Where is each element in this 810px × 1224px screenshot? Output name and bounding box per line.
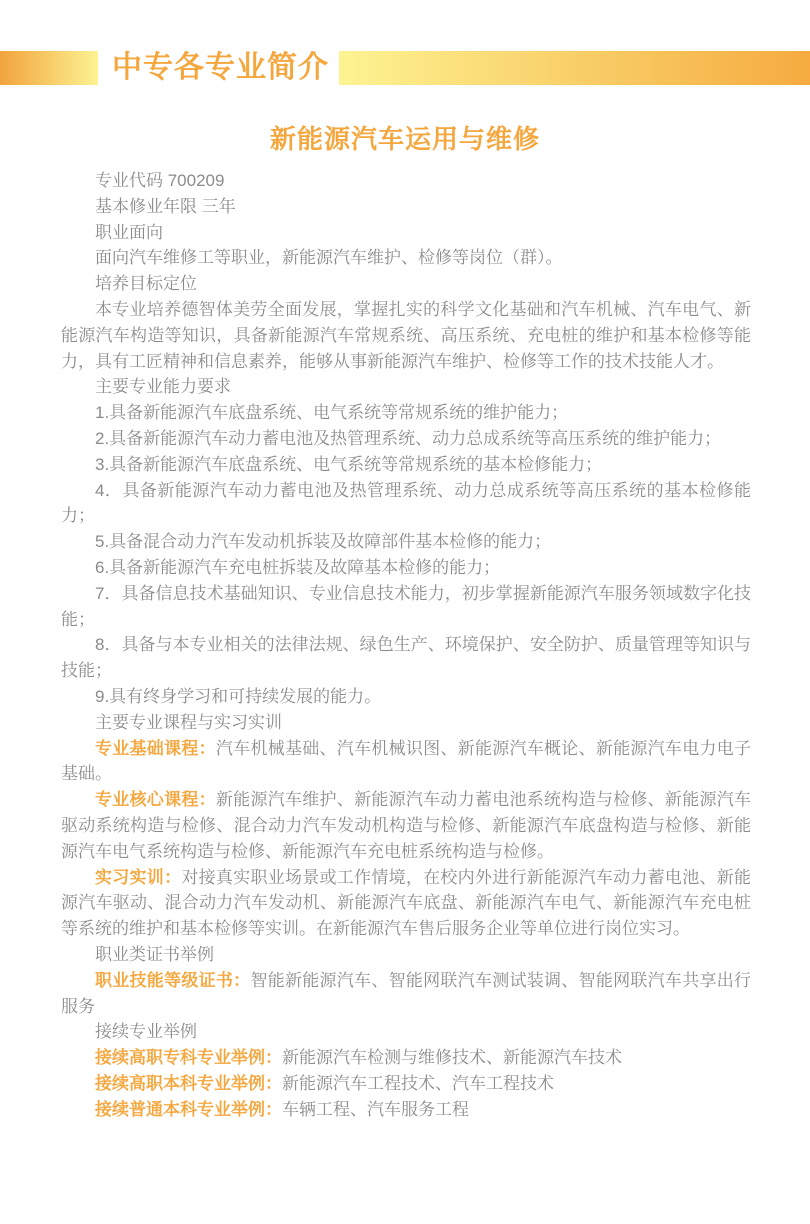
section-label: 职业技能等级证书：	[95, 971, 250, 990]
paragraph: 3.具备新能源汽车底盘系统、电气系统等常规系统的基本检修能力；	[61, 452, 751, 478]
labeled-paragraph: 接续普通本科专业举例：车辆工程、汽车服务工程	[61, 1097, 751, 1123]
document-body: 专业代码 700209基本修业年限 三年职业面向面向汽车维修工等职业，新能源汽车…	[61, 168, 751, 1122]
paragraph: 培养目标定位	[61, 271, 751, 297]
paragraph: 7．具备信息技术基础知识、专业信息技术能力，初步掌握新能源汽车服务领域数字化技能…	[61, 581, 751, 633]
labeled-paragraph: 专业核心课程：新能源汽车维护、新能源汽车动力蓄电池系统构造与检修、新能源汽车驱动…	[61, 787, 751, 864]
labeled-paragraph: 实习实训：对接真实职业场景或工作情境，在校内外进行新能源汽车动力蓄电池、新能源汽…	[61, 865, 751, 942]
banner-title: 中专各专业简介	[112, 51, 329, 85]
section-label: 接续高职专科专业举例：	[95, 1048, 282, 1067]
section-label: 接续高职本科专业举例：	[95, 1074, 282, 1093]
labeled-paragraph: 接续高职专科专业举例：新能源汽车检测与维修技术、新能源汽车技术	[61, 1045, 751, 1071]
paragraph: 主要专业课程与实习实训	[61, 710, 751, 736]
paragraph: 1.具备新能源汽车底盘系统、电气系统等常规系统的维护能力；	[61, 400, 751, 426]
paragraph: 6.具备新能源汽车充电桩拆装及故障基本检修的能力；	[61, 555, 751, 581]
paragraph: 专业代码 700209	[61, 168, 751, 194]
section-label: 专业核心课程：	[95, 790, 216, 809]
paragraph: 接续专业举例	[61, 1019, 751, 1045]
labeled-paragraph: 专业基础课程：汽车机械基础、汽车机械识图、新能源汽车概论、新能源汽车电力电子基础…	[61, 736, 751, 788]
paragraph: 职业类证书举例	[61, 942, 751, 968]
section-label: 实习实训：	[95, 868, 181, 887]
paragraph: 2.具备新能源汽车动力蓄电池及热管理系统、动力总成系统等高压系统的维护能力；	[61, 426, 751, 452]
page-title: 新能源汽车运用与维修	[0, 119, 810, 156]
paragraph: 4．具备新能源汽车动力蓄电池及热管理系统、动力总成系统等高压系统的基本检修能力；	[61, 478, 751, 530]
section-label: 接续普通本科专业举例：	[95, 1100, 282, 1119]
paragraph: 主要专业能力要求	[61, 374, 751, 400]
paragraph: 基本修业年限 三年	[61, 194, 751, 220]
document-page: 中专各专业简介 新能源汽车运用与维修 专业代码 700209基本修业年限 三年职…	[0, 0, 810, 1224]
paragraph: 5.具备混合动力汽车发动机拆装及故障部件基本检修的能力；	[61, 529, 751, 555]
paragraph: 本专业培养德智体美劳全面发展，掌握扎实的科学文化基础和汽车机械、汽车电气、新能源…	[61, 297, 751, 374]
labeled-paragraph: 职业技能等级证书：智能新能源汽车、智能网联汽车测试装调、智能网联汽车共享出行服务	[61, 968, 751, 1020]
paragraph: 职业面向	[61, 220, 751, 246]
banner-right-gradient-bar	[339, 51, 810, 85]
header-banner: 中专各专业简介	[0, 51, 810, 85]
paragraph: 面向汽车维修工等职业，新能源汽车维护、检修等岗位（群）。	[61, 245, 751, 271]
paragraph: 9.具有终身学习和可持续发展的能力。	[61, 684, 751, 710]
paragraph: 8．具备与本专业相关的法律法规、绿色生产、环境保护、安全防护、质量管理等知识与技…	[61, 632, 751, 684]
banner-left-gradient-bar	[0, 51, 98, 85]
section-label: 专业基础课程：	[95, 739, 216, 758]
labeled-paragraph: 接续高职本科专业举例：新能源汽车工程技术、汽车工程技术	[61, 1071, 751, 1097]
